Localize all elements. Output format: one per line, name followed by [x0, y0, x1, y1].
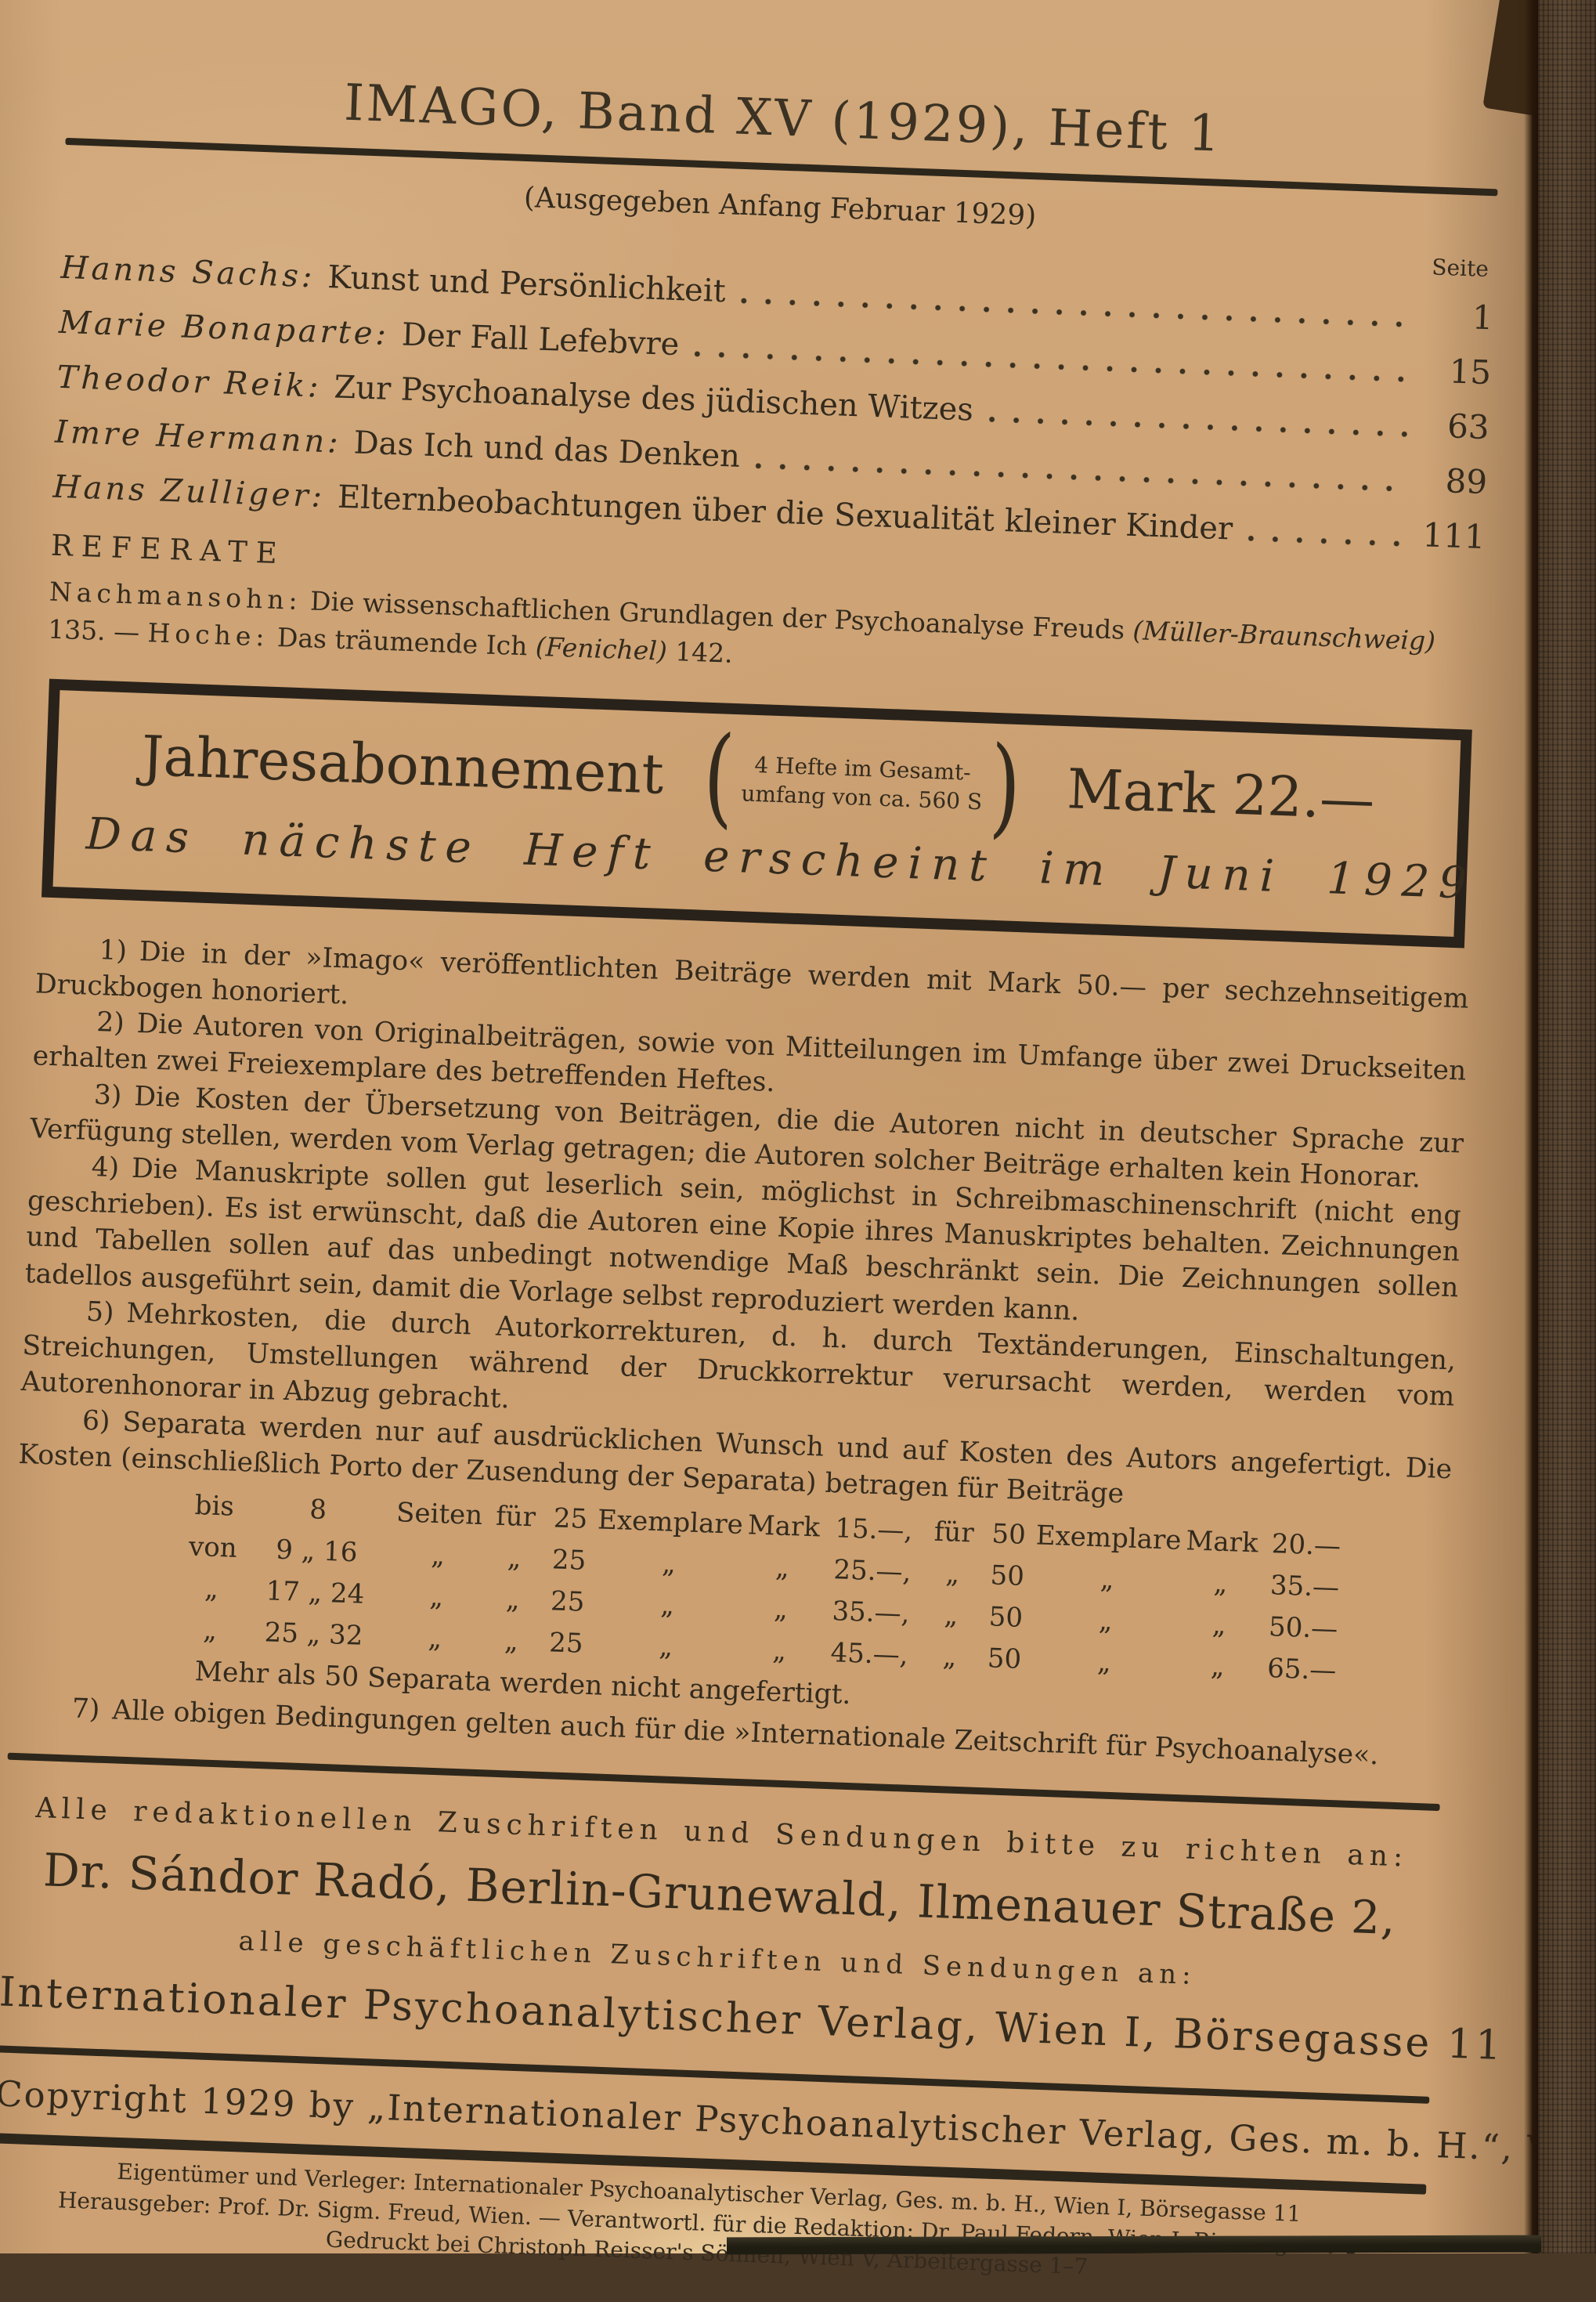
table-cell: „ [1181, 1567, 1260, 1601]
table-cell: 65.— [1256, 1653, 1347, 1687]
table-cell: „ [180, 1614, 240, 1647]
table-cell: Exemplare [595, 1504, 745, 1541]
subscription-price: Mark 22.— [1066, 757, 1376, 832]
table-cell: „ [482, 1624, 541, 1658]
table-cell: Seiten [392, 1497, 486, 1531]
table-cell: „ [1031, 1603, 1180, 1639]
page-content: IMAGO, Band XV (1929), Heft 1 (Ausgegebe… [0, 44, 1501, 2253]
dot-leader [988, 416, 1410, 437]
table-cell: 25 [543, 1544, 594, 1577]
table-cell: 50 [978, 1642, 1030, 1675]
toc-page-number: 111 [1419, 515, 1486, 556]
table-cell: Exemplare [1034, 1520, 1183, 1556]
book-binding [1538, 0, 1596, 2253]
toc-author: Marie Bonaparte: [58, 305, 389, 352]
table-cell: 17 „ 24 [240, 1574, 390, 1611]
table-cell: 20.— [1261, 1528, 1352, 1563]
dot-leader [1248, 535, 1407, 547]
referate-reviewer: Nachmansohn: [49, 576, 302, 616]
table-cell: „ [483, 1583, 543, 1617]
toc-author: Hanns Sachs: [60, 250, 316, 295]
table-cell: „ [1029, 1644, 1179, 1681]
table-cell: 25 [544, 1502, 596, 1535]
close-paren: ) [988, 744, 1022, 829]
table-cell: 50.— [1258, 1611, 1349, 1646]
toc-article-title: Der Fall Lefebvre [401, 316, 680, 363]
condition-text: Die in der »Imago« veröffentlichten Beit… [34, 936, 1469, 1015]
table-cell: 50 [980, 1601, 1031, 1634]
toc-article-title: Elternbeobachtungen über die Sexualität … [337, 479, 1233, 547]
table-cell: „ [1032, 1561, 1182, 1598]
table-cell: 8 [244, 1491, 393, 1528]
condition-number: 3) [93, 1079, 122, 1111]
table-cell: „ [594, 1545, 743, 1582]
toc-author: Imre Hermann: [54, 414, 341, 461]
table-cell: 50 [983, 1518, 1035, 1551]
condition-number: 7) [71, 1693, 100, 1725]
table-cell: „ [391, 1538, 486, 1573]
subscription-box: Jahresabonnement ( 4 Hefte im Gesamt- um… [42, 679, 1472, 948]
referate-reviewer: Hoche: [147, 617, 269, 652]
table-cell: „ [921, 1599, 980, 1632]
table-cell: „ [741, 1592, 820, 1627]
table-cell: Mark [744, 1509, 823, 1544]
copyright-line: Copyright 1929 by „Internationaler Psych… [0, 2073, 1428, 2165]
referate-text: Das träumende Ich [269, 621, 536, 661]
toc-author: Hans Zulliger: [52, 469, 326, 515]
toc-article-title: Das Ich und das Denken [353, 425, 741, 475]
condition-number: 4) [91, 1151, 120, 1184]
toc-article-title: Kunst und Persönlichkeit [327, 259, 727, 309]
table-cell: „ [593, 1587, 742, 1624]
table-cell: 9 „ 16 [242, 1533, 392, 1570]
table-cell: „ [182, 1572, 241, 1606]
toc-page-number: 15 [1424, 351, 1492, 392]
journal-back-cover-page: IMAGO, Band XV (1929), Heft 1 (Ausgegebe… [0, 0, 1532, 2253]
author-conditions: 1)Die in der »Imago« veröffentlichten Be… [18, 930, 1470, 1523]
toc-article-title: Zur Psychoanalyse des jüdischen Witzes [334, 369, 974, 428]
condition-number: 6) [81, 1404, 110, 1436]
table-cell: „ [742, 1551, 821, 1585]
referate-reference: (Fenichel) [535, 631, 667, 666]
table-cell: 45.—, [818, 1637, 920, 1672]
referate-reference: (Müller-Braunschweig) [1132, 615, 1436, 656]
table-cell: für [486, 1500, 545, 1534]
table-cell: 50 [981, 1559, 1033, 1592]
referate-page: 135. — [48, 613, 149, 648]
table-cell: „ [485, 1541, 544, 1575]
table-cell: „ [389, 1580, 484, 1614]
condition-number: 2) [96, 1006, 125, 1039]
dot-leader [741, 298, 1414, 328]
toc-page-number: 1 [1427, 296, 1494, 337]
table-cell: 25 „ 32 [239, 1616, 388, 1653]
table-of-contents: Hanns Sachs: Kunst und Persönlichkeit 1 … [52, 248, 1494, 556]
table-cell: „ [923, 1557, 982, 1591]
table-cell: 15.—, [822, 1512, 925, 1548]
separata-price-table: bis8Seitenfür25ExemplareMark15.—,für50Ex… [180, 1489, 1450, 1690]
table-cell: „ [591, 1628, 741, 1665]
table-cell: für [924, 1516, 984, 1549]
open-paren: ( [702, 734, 736, 819]
table-cell: „ [1178, 1650, 1257, 1684]
page-title: IMAGO, Band XV (1929), Heft 1 [66, 64, 1500, 173]
toc-page-number: 63 [1423, 406, 1490, 446]
dot-leader [695, 351, 1413, 383]
table-cell: „ [1179, 1608, 1258, 1642]
referate-page: 142. [666, 635, 733, 668]
table-cell: 35.—, [819, 1595, 922, 1631]
table-cell: von [183, 1530, 243, 1564]
toc-author: Theodor Reik: [56, 360, 322, 405]
toc-page-number: 89 [1421, 461, 1488, 501]
subscription-detail: 4 Hefte im Gesamt- umfang von ca. 560 S [741, 746, 984, 817]
subscription-label: Jahresabonnement [140, 724, 664, 807]
table-cell: Mark [1183, 1525, 1262, 1559]
table-cell: bis [185, 1489, 244, 1523]
table-cell: 35.— [1259, 1570, 1350, 1604]
table-cell: 25.—, [821, 1554, 923, 1589]
dot-leader [755, 463, 1408, 493]
condition-number: 1) [99, 934, 128, 967]
table-cell: 25 [542, 1585, 594, 1618]
condition-number: 5) [85, 1296, 114, 1328]
table-cell: 25 [540, 1627, 592, 1660]
table-cell: „ [388, 1621, 482, 1656]
bottom-shadow [727, 2235, 1541, 2253]
table-cell: „ [919, 1640, 979, 1674]
table-cell: „ [740, 1634, 819, 1668]
